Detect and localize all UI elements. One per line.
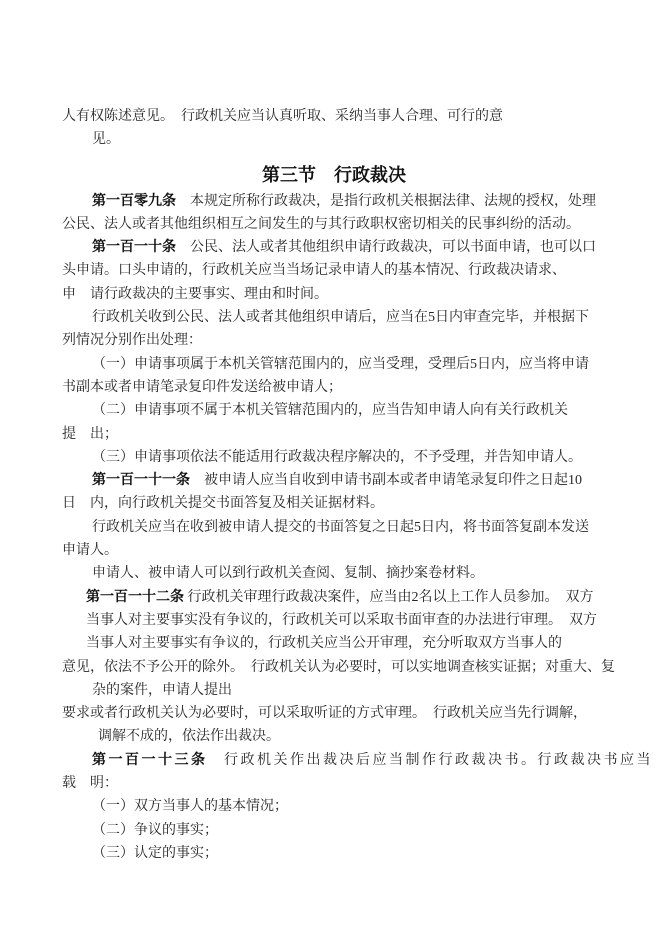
text-segment: （二）申请事项不属于本机关管辖范围内的，应当告知申请人向有关行政机关 bbox=[92, 403, 568, 418]
document-line: （二）争议的事实； bbox=[92, 819, 606, 842]
text-segment: 被申请人应当自收到申请书副本或者申请笔录复印件之日起10 bbox=[190, 473, 582, 488]
article-number: 第一百一十二条 bbox=[86, 590, 184, 605]
document-line: 书副本或者申请笔录复印件发送给被申请人； bbox=[62, 376, 606, 399]
text-segment: 意见，依法不予公开的除外。 行政机关认为必要时，可以实地调查核实证据；对重大、复 bbox=[62, 660, 615, 675]
text-segment: 本规定所称行政裁决，是指行政机关根据法律、法规的授权，处理 bbox=[176, 194, 596, 209]
text-segment: 列情况分别作出处理： bbox=[62, 333, 202, 348]
document-line: 第一百一十一条 被申请人应当自收到申请书副本或者申请笔录复印件之日起10 bbox=[92, 469, 606, 492]
document-line: 申请人。 bbox=[62, 539, 606, 562]
document-line: 第一百一十条 公民、法人或者其他组织申请行政裁决，可以书面申请，也可以口 bbox=[92, 236, 606, 259]
document-line: （三）认定的事实； bbox=[92, 842, 606, 865]
document-line: 意见，依法不予公开的除外。 行政机关认为必要时，可以实地调查核实证据；对重大、复 bbox=[62, 656, 606, 679]
text-segment: 日 内，向行政机关提交书面答复及相关证据材料。 bbox=[62, 496, 384, 511]
text-segment: 行政机关收到公民、法人或者其他组织申请后，应当在5日内审查完毕，并根据下 bbox=[92, 310, 589, 325]
document-line: 当事人对主要事实有争议的，行政机关应当公开审理，充分听取双方当事人的 bbox=[86, 632, 606, 655]
document-line: 杂的案件，申请人提出 bbox=[92, 679, 606, 702]
text-segment: （一）申请事项属于本机关管辖范围内的，应当受理，受理后5日内，应当将申请 bbox=[92, 357, 589, 372]
text-segment: 申请人、被申请人可以到行政机关查阅、复制、摘抄案卷材料。 bbox=[92, 566, 484, 581]
document-line: 见。 bbox=[92, 128, 606, 151]
text-segment: 申 请行政裁决的主要事实、理由和时间。 bbox=[62, 287, 328, 302]
document-intro: 人有权陈述意见。 行政机关应当认真听取、采纳当事人合理、可行的意见。 bbox=[62, 105, 606, 152]
document-line: （一）双方当事人的基本情况； bbox=[92, 795, 606, 818]
text-segment: 行政机关审理行政裁决案件，应当由2名以上工作人员参加。 双方 bbox=[184, 590, 594, 605]
document-line: 行政机关收到公民、法人或者其他组织申请后，应当在5日内审查完毕，并根据下 bbox=[92, 306, 606, 329]
text-segment: 载 明： bbox=[62, 776, 118, 791]
text-segment: 当事人对主要事实有争议的，行政机关应当公开审理，充分听取双方当事人的 bbox=[86, 636, 562, 651]
text-segment: 行政机关作出裁决后应当制作行政裁决书。行政裁决书应当 bbox=[208, 753, 654, 768]
text-segment: 杂的案件，申请人提出 bbox=[92, 683, 232, 698]
article-number: 第一百一十一条 bbox=[92, 473, 190, 488]
text-segment: （三）申请事项依法不能适用行政裁决程序解决的，不予受理，并告知申请人。 bbox=[92, 450, 582, 465]
text-segment: 书副本或者申请笔录复印件发送给被申请人； bbox=[62, 380, 342, 395]
text-segment: 公民、法人或者其他组织申请行政裁决，可以书面申请，也可以口 bbox=[176, 240, 596, 255]
document-line: 第一百一十三条 行政机关作出裁决后应当制作行政裁决书。行政裁决书应当 bbox=[92, 749, 606, 772]
text-segment: 人有权陈述意见。 行政机关应当认真听取、采纳当事人合理、可行的意 bbox=[62, 109, 503, 124]
document-line: （一）申请事项属于本机关管辖范围内的，应当受理，受理后5日内，应当将申请 bbox=[92, 353, 606, 376]
text-segment: （二）争议的事实； bbox=[92, 823, 218, 838]
document-line: 载 明： bbox=[62, 772, 606, 795]
text-segment: 行政机关应当在收到被申请人提交的书面答复之日起5日内，将书面答复副本发送 bbox=[92, 520, 589, 535]
document-line: 行政机关应当在收到被申请人提交的书面答复之日起5日内，将书面答复副本发送 bbox=[92, 516, 606, 539]
document-line: 申请人、被申请人可以到行政机关查阅、复制、摘抄案卷材料。 bbox=[92, 562, 606, 585]
document-line: 申 请行政裁决的主要事实、理由和时间。 bbox=[62, 283, 606, 306]
text-segment: 提 出； bbox=[62, 427, 118, 442]
document-line: 第一百一十二条 行政机关审理行政裁决案件，应当由2名以上工作人员参加。 双方 bbox=[86, 586, 606, 609]
document-line: （三）申请事项依法不能适用行政裁决程序解决的，不予受理，并告知申请人。 bbox=[92, 446, 606, 469]
document-line: 列情况分别作出处理： bbox=[62, 329, 606, 352]
article-number: 第一百一十三条 bbox=[92, 753, 208, 768]
document-line: 提 出； bbox=[62, 423, 606, 446]
document-line: 当事人对主要事实没有争议的，行政机关可以采取书面审查的办法进行审理。 双方 bbox=[86, 609, 606, 632]
article-number: 第一百零九条 bbox=[92, 194, 176, 209]
document-line: 人有权陈述意见。 行政机关应当认真听取、采纳当事人合理、可行的意 bbox=[62, 105, 606, 128]
document-line: （二）申请事项不属于本机关管辖范围内的，应当告知申请人向有关行政机关 bbox=[92, 399, 606, 422]
document-page: 人有权陈述意见。 行政机关应当认真听取、采纳当事人合理、可行的意见。 第三节 行… bbox=[0, 0, 664, 929]
text-segment: （三）认定的事实； bbox=[92, 846, 218, 861]
text-segment: 公民、法人或者其他组织相互之间发生的与其行政职权密切相关的民事纠纷的活动。 bbox=[62, 217, 580, 232]
document-line: 要求或者行政机关认为必要时，可以采取听证的方式审理。 行政机关应当先行调解， bbox=[62, 702, 606, 725]
text-segment: 头申请。口头申请的，行政机关应当当场记录申请人的基本情况、行政裁决请求、 bbox=[62, 263, 566, 278]
text-segment: 申请人。 bbox=[62, 543, 118, 558]
text-segment: 调解不成的，依法作出裁决。 bbox=[98, 729, 280, 744]
document-body: 第一百零九条 本规定所称行政裁决，是指行政机关根据法律、法规的授权，处理公民、法… bbox=[62, 190, 606, 866]
text-segment: 当事人对主要事实没有争议的，行政机关可以采取书面审查的办法进行审理。 双方 bbox=[86, 613, 597, 628]
article-number: 第一百一十条 bbox=[92, 240, 176, 255]
document-line: 公民、法人或者其他组织相互之间发生的与其行政职权密切相关的民事纠纷的活动。 bbox=[62, 213, 606, 236]
text-segment: 要求或者行政机关认为必要时，可以采取听证的方式审理。 行政机关应当先行调解， bbox=[62, 706, 587, 721]
document-line: 调解不成的，依法作出裁决。 bbox=[98, 725, 606, 748]
document-line: 日 内，向行政机关提交书面答复及相关证据材料。 bbox=[62, 492, 606, 515]
section-heading: 第三节 行政裁决 bbox=[62, 160, 606, 190]
document-line: 头申请。口头申请的，行政机关应当当场记录申请人的基本情况、行政裁决请求、 bbox=[62, 259, 606, 282]
text-segment: 见。 bbox=[92, 132, 120, 147]
text-segment: （一）双方当事人的基本情况； bbox=[92, 799, 288, 814]
document-line: 第一百零九条 本规定所称行政裁决，是指行政机关根据法律、法规的授权，处理 bbox=[92, 190, 606, 213]
